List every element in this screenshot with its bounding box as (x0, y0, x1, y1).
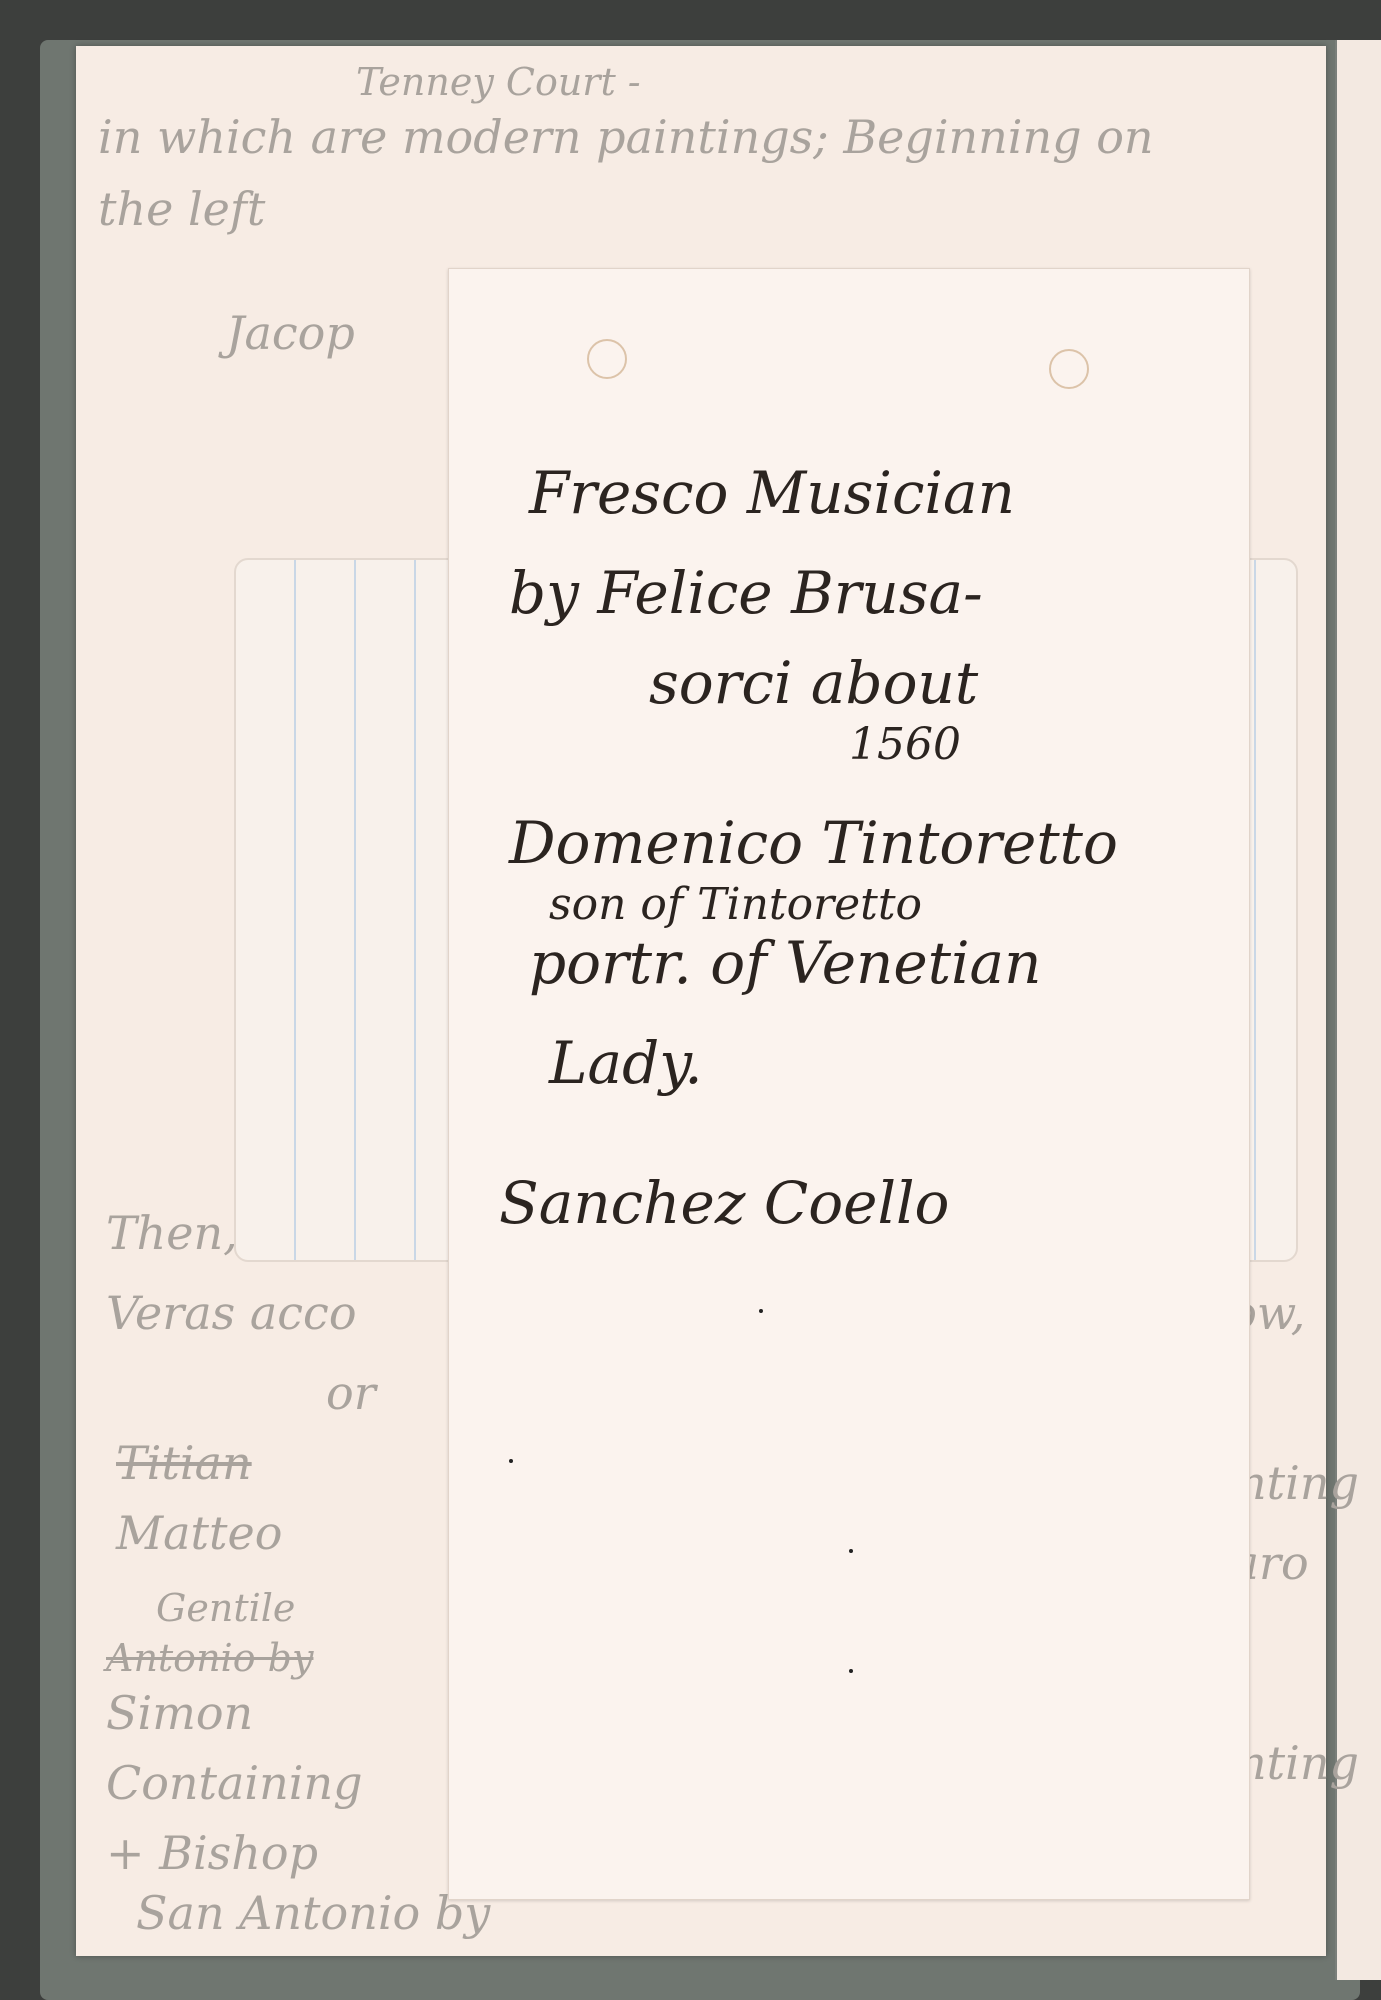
card-line-3: sorci about (649, 649, 978, 717)
card-line-6: son of Tintoretto (549, 879, 922, 930)
ink-dot (509, 1459, 513, 1463)
ink-dot (849, 1669, 853, 1673)
card-line-8: Lady. (549, 1029, 703, 1097)
punch-hole-left (587, 339, 627, 379)
pencil-obscured-5: Matteo (116, 1506, 282, 1560)
pencil-obscured-10: + Bishop (106, 1826, 318, 1880)
pencil-obscured-6: Gentile (156, 1586, 295, 1630)
card-line-9: Sanchez Coello (499, 1169, 949, 1237)
pencil-obscured-9: Containing (106, 1756, 363, 1810)
card-line-4: 1560 (849, 719, 961, 770)
card-line-1: Fresco Musician (529, 459, 1015, 527)
ink-dot (849, 1549, 853, 1553)
pencil-obscured-2: Veras acco (106, 1286, 357, 1340)
pencil-obscured-11: San Antonio by (136, 1886, 490, 1940)
punch-hole-right (1049, 349, 1089, 389)
notebook-page: Tenney Court - in which are modern paint… (76, 46, 1326, 1956)
card-line-5: Domenico Tintoretto (509, 809, 1118, 877)
pencil-obscured-8: Simon (106, 1686, 253, 1740)
card-line-7: portr. of Venetian (529, 929, 1041, 997)
facing-page-edge (1335, 40, 1381, 1980)
pencil-line-1: in which are modern paintings; Beginning… (98, 110, 1154, 164)
pencil-obscured-0: Jacop (226, 306, 355, 360)
pencil-obscured-7: Antonio by (106, 1636, 313, 1680)
pencil-obscured-3: or (326, 1366, 376, 1420)
pencil-obscured-4: Titian (116, 1436, 252, 1490)
pencil-line-2: the left (98, 182, 265, 236)
card-line-2: by Felice Brusa- (509, 559, 983, 627)
handwritten-card: Fresco Musician by Felice Brusa- sorci a… (448, 268, 1250, 1900)
pencil-insert-note: Tenney Court - (356, 60, 641, 104)
ink-dot (759, 1309, 763, 1313)
